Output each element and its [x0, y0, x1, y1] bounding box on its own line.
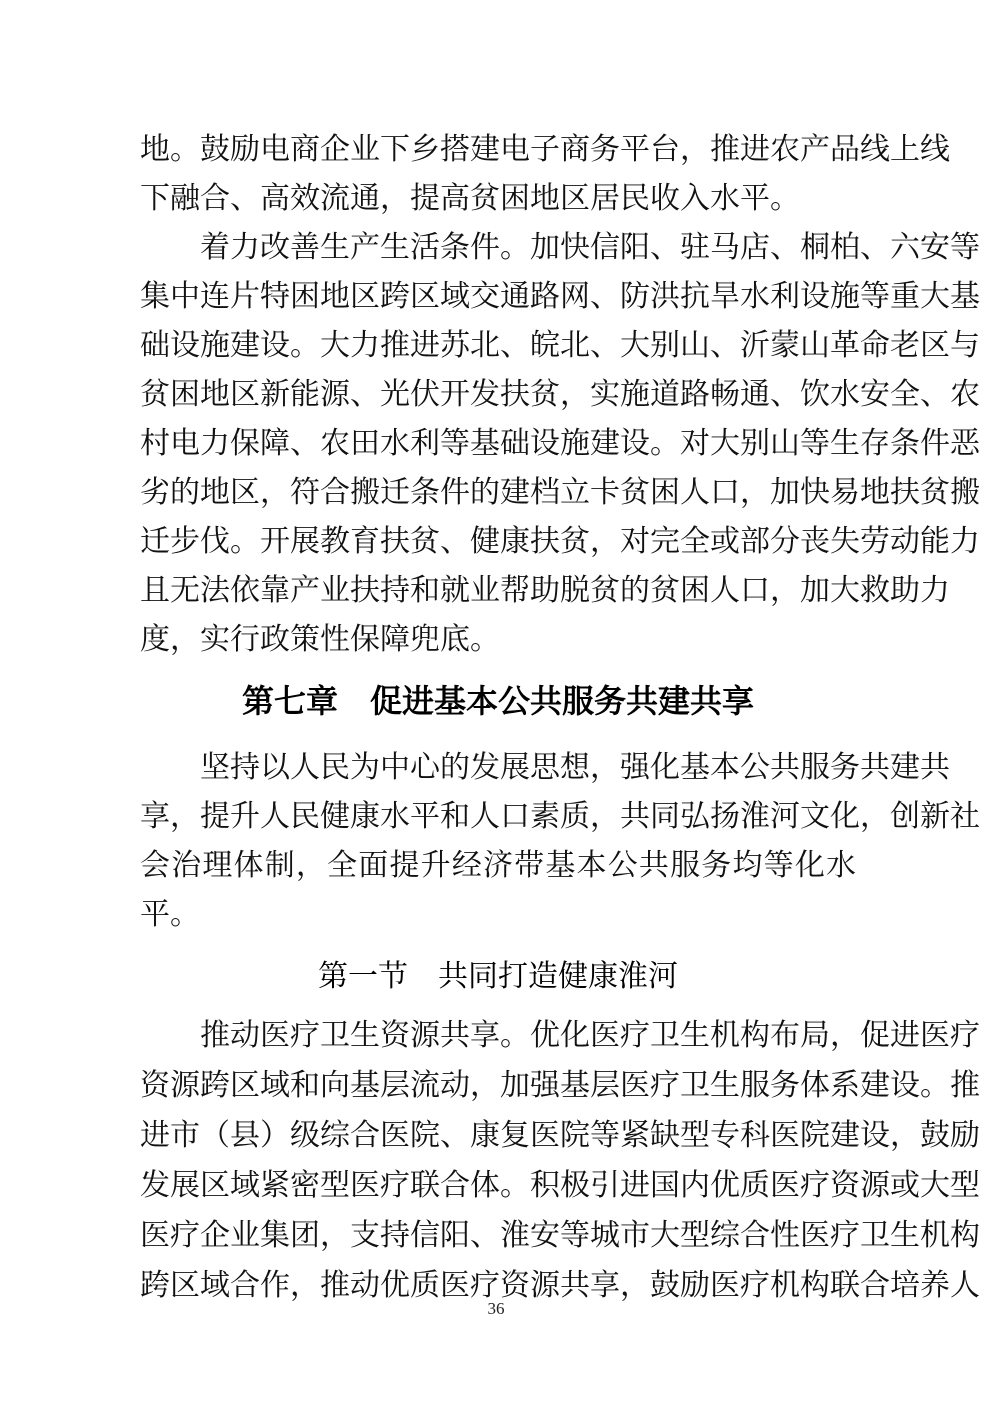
body-line: 集中连片特困地区跨区域交通路网、防洪抗旱水利设施等重大基: [140, 272, 856, 321]
body-line: 村电力保障、农田水利等基础设施建设。对大别山等生存条件恶: [140, 419, 856, 468]
paragraph-continued-from-previous-page: 地。鼓励电商企业下乡搭建电子商务平台，推进农产品线上线 下融合、高效流通，提高贫…: [140, 125, 856, 223]
body-line: 劣的地区，符合搬迁条件的建档立卡贫困人口，加快易地扶贫搬: [140, 468, 856, 517]
body-line: 贫困地区新能源、光伏开发扶贫，实施道路畅通、饮水安全、农: [140, 370, 856, 419]
body-line: 推动医疗卫生资源共享。优化医疗卫生机构布局，促进医疗: [140, 1011, 856, 1061]
body-line: 下融合、高效流通，提高贫困地区居民收入水平。: [140, 174, 856, 223]
page-number: 36: [0, 1298, 992, 1320]
body-line: 着力改善生产生活条件。加快信阳、驻马店、桐柏、六安等: [140, 223, 856, 272]
paragraph-chapter-intro: 坚持以人民为中心的发展思想，强化基本公共服务共建共 享，提升人民健康水平和人口素…: [140, 743, 856, 939]
paragraph-medical-resource-sharing: 推动医疗卫生资源共享。优化医疗卫生机构布局，促进医疗 资源跨区域和向基层流动，加…: [140, 1011, 856, 1311]
body-line: 会治理体制，全面提升经济带基本公共服务均等化水平。: [140, 841, 856, 939]
body-line: 资源跨区域和向基层流动，加强基层医疗卫生服务体系建设。推: [140, 1061, 856, 1111]
body-line: 础设施建设。大力推进苏北、皖北、大别山、沂蒙山革命老区与: [140, 321, 856, 370]
body-line: 地。鼓励电商企业下乡搭建电子商务平台，推进农产品线上线: [140, 125, 856, 174]
body-line: 享，提升人民健康水平和人口素质，共同弘扬淮河文化，创新社: [140, 792, 856, 841]
section-heading: 第一节 共同打造健康淮河: [140, 952, 856, 1001]
body-line: 发展区域紧密型医疗联合体。积极引进国内优质医疗资源或大型: [140, 1161, 856, 1211]
body-line: 且无法依靠产业扶持和就业帮助脱贫的贫困人口，加大救助力: [140, 566, 856, 615]
body-line: 度，实行政策性保障兜底。: [140, 615, 856, 664]
body-line: 医疗企业集团，支持信阳、淮安等城市大型综合性医疗卫生机构: [140, 1211, 856, 1261]
body-line: 迁步伐。开展教育扶贫、健康扶贫，对完全或部分丧失劳动能力: [140, 517, 856, 566]
chapter-heading: 第七章 促进基本公共服务共建共享: [140, 677, 856, 726]
document-page: 地。鼓励电商企业下乡搭建电子商务平台，推进农产品线上线 下融合、高效流通，提高贫…: [0, 0, 992, 1403]
paragraph-improve-living-conditions: 着力改善生产生活条件。加快信阳、驻马店、桐柏、六安等 集中连片特困地区跨区域交通…: [140, 223, 856, 664]
body-line: 进市（县）级综合医院、康复医院等紧缺型专科医院建设，鼓励: [140, 1111, 856, 1161]
body-line: 坚持以人民为中心的发展思想，强化基本公共服务共建共: [140, 743, 856, 792]
